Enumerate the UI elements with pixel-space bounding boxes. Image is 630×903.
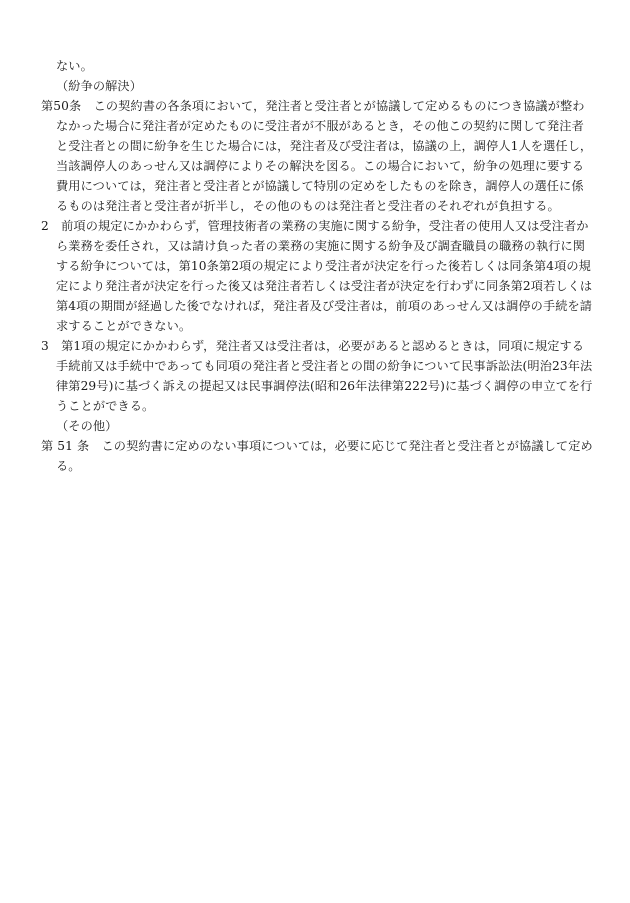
text-line: 2 前項の規定にかかわらず，管理技術者の業務の実施に関する紛争，受注者の使用人又…	[41, 216, 593, 236]
text-line: と受注者との間に紛争を生じた場合には，発注者及び受注者は，協議の上，調停人1人を…	[41, 136, 593, 156]
text-line: 第4項の期間が経過した後でなければ，発注者及び受注者は，前項のあっせん又は調停の…	[41, 296, 593, 316]
text-line: うことができる。	[41, 396, 593, 416]
text-line: 当該調停人のあっせん又は調停によりその解決を図る。この場合において，紛争の処理に…	[41, 156, 593, 176]
text-line: ない。	[41, 56, 593, 76]
text-line: 費用については，発注者と受注者とが協議して特別の定めをしたものを除き，調停人の選…	[41, 176, 593, 196]
text-line: 3 第1項の規定にかかわらず，発注者又は受注者は，必要があると認めるときは，同項…	[41, 336, 593, 356]
text-line: 律第29号)に基づく訴えの提起又は民事調停法(昭和26年法律第222号)に基づく…	[41, 376, 593, 396]
text-line: ら業務を委任され，又は請け負った者の業務の実施に関する紛争及び調査職員の職務の執…	[41, 236, 593, 256]
text-line: るものは発注者と受注者が折半し，その他のものは発注者と受注者のそれぞれが負担する…	[41, 196, 593, 216]
document-page: ない。（紛争の解決）第50条 この契約書の各条項において，発注者と受注者とが協議…	[0, 0, 630, 903]
text-line: 定により発注者が決定を行った後又は発注者若しくは受注者が決定を行わずに同条第2項…	[41, 276, 593, 296]
text-line: 第50条 この契約書の各条項において，発注者と受注者とが協議して定めるものにつき…	[41, 96, 593, 116]
text-line: （紛争の解決）	[41, 76, 593, 96]
text-line: 求することができない。	[41, 316, 593, 336]
text-line: なかった場合に発注者が定めたものに受注者が不服があるとき，その他この契約に関して…	[41, 116, 593, 136]
text-line: 手続前又は手続中であっても同項の発注者と受注者との間の紛争について民事訴訟法(明…	[41, 356, 593, 376]
text-line: （その他）	[41, 416, 593, 436]
text-line: 第 51 条 この契約書に定めのない事項については，必要に応じて発注者と受注者と…	[41, 436, 593, 456]
text-line: する紛争については，第10条第2項の規定により受注者が決定を行った後若しくは同条…	[41, 256, 593, 276]
document-text-block: ない。（紛争の解決）第50条 この契約書の各条項において，発注者と受注者とが協議…	[41, 56, 593, 476]
text-line: る。	[41, 456, 593, 476]
